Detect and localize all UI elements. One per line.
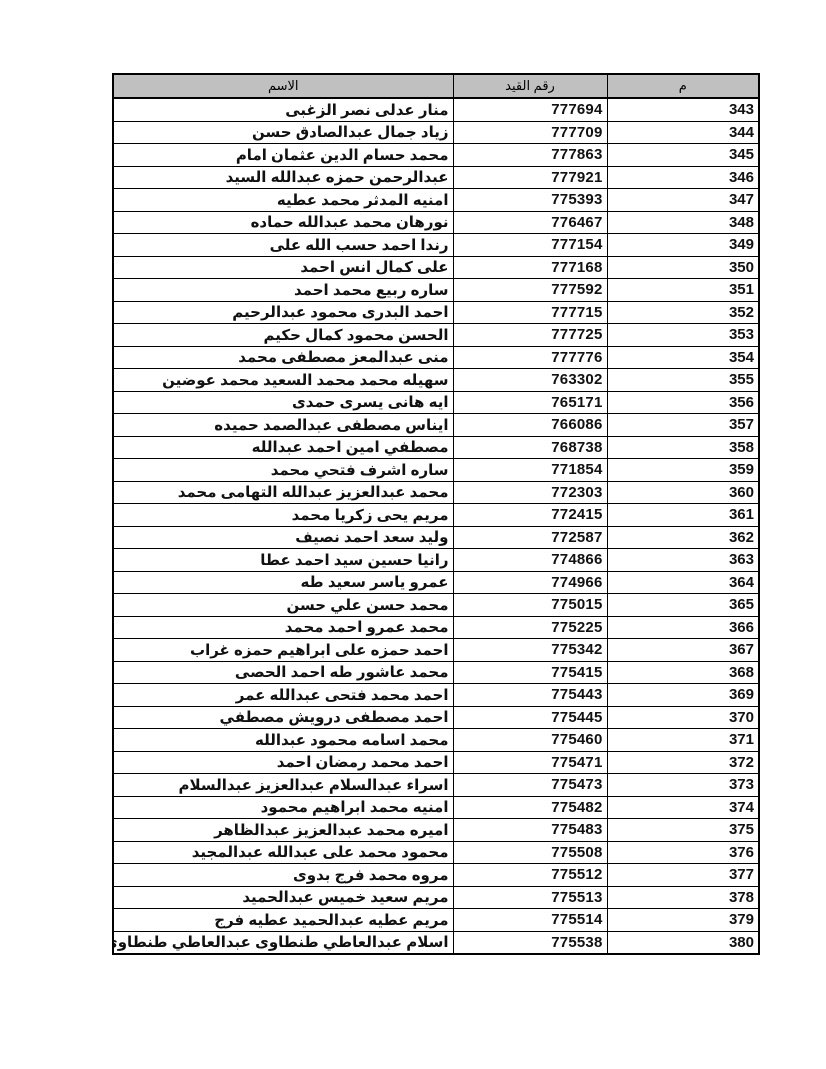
cell-registration-number: 772587: [453, 526, 607, 549]
table-row: احمد البدرى محمود عبدالرحيم777715352: [113, 301, 759, 324]
header-registration-number: رقم القيد: [453, 74, 607, 98]
table-row: عمرو ياسر سعيد طه774966364: [113, 571, 759, 594]
table-row: رندا احمد حسب الله على777154349: [113, 234, 759, 257]
cell-name: مصطفي امين احمد عبدالله: [113, 436, 453, 459]
cell-registration-number: 775508: [453, 841, 607, 864]
cell-index: 366: [607, 616, 759, 639]
cell-name: ايه هانى يسرى حمدى: [113, 391, 453, 414]
cell-registration-number: 775514: [453, 909, 607, 932]
table-row: محمد عمرو احمد محمد775225366: [113, 616, 759, 639]
table-row: وليد سعد احمد نصيف772587362: [113, 526, 759, 549]
cell-registration-number: 775342: [453, 639, 607, 662]
cell-index: 352: [607, 301, 759, 324]
cell-name: عمرو ياسر سعيد طه: [113, 571, 453, 594]
table-row: مروه محمد فرج بدوى775512377: [113, 864, 759, 887]
table-row: محمد حسن علي حسن775015365: [113, 594, 759, 617]
cell-name: نورهان محمد عبدالله حماده: [113, 211, 453, 234]
cell-index: 347: [607, 189, 759, 212]
cell-name: وليد سعد احمد نصيف: [113, 526, 453, 549]
roster-sheet: الاسم رقم القيد م منار عدلى نصر الزغبى77…: [112, 73, 758, 955]
cell-name: محمد عمرو احمد محمد: [113, 616, 453, 639]
table-header: الاسم رقم القيد م: [113, 74, 759, 98]
table-row: نورهان محمد عبدالله حماده776467348: [113, 211, 759, 234]
cell-index: 372: [607, 751, 759, 774]
cell-registration-number: 763302: [453, 369, 607, 392]
cell-registration-number: 777863: [453, 144, 607, 167]
cell-name: محمد عاشور طه احمد الحصى: [113, 661, 453, 684]
table-row: امنيه محمد ابراهيم محمود775482374: [113, 796, 759, 819]
table-row: زياد جمال عبدالصادق حسن777709344: [113, 121, 759, 144]
table-row: مصطفي امين احمد عبدالله768738358: [113, 436, 759, 459]
cell-registration-number: 774866: [453, 549, 607, 572]
cell-name: مروه محمد فرج بدوى: [113, 864, 453, 887]
cell-name: سهيله محمد محمد السعيد محمد عوضين: [113, 369, 453, 392]
table-row: محمد حسام الدين عثمان امام777863345: [113, 144, 759, 167]
cell-registration-number: 775473: [453, 774, 607, 797]
cell-registration-number: 777694: [453, 98, 607, 121]
cell-registration-number: 777709: [453, 121, 607, 144]
table-row: سهيله محمد محمد السعيد محمد عوضين7633023…: [113, 369, 759, 392]
cell-name: منار عدلى نصر الزغبى: [113, 98, 453, 121]
cell-index: 379: [607, 909, 759, 932]
cell-index: 348: [607, 211, 759, 234]
cell-registration-number: 775445: [453, 706, 607, 729]
cell-registration-number: 775015: [453, 594, 607, 617]
table-row: احمد محمد فتحى عبدالله عمر775443369: [113, 684, 759, 707]
cell-registration-number: 775512: [453, 864, 607, 887]
cell-index: 360: [607, 481, 759, 504]
cell-registration-number: 777921: [453, 166, 607, 189]
cell-index: 343: [607, 98, 759, 121]
cell-registration-number: 777776: [453, 346, 607, 369]
cell-index: 367: [607, 639, 759, 662]
cell-registration-number: 774966: [453, 571, 607, 594]
table-row: احمد محمد رمضان احمد775471372: [113, 751, 759, 774]
cell-index: 351: [607, 279, 759, 302]
cell-name: على كمال انس احمد: [113, 256, 453, 279]
table-row: ساره ربيع محمد احمد777592351: [113, 279, 759, 302]
cell-registration-number: 777154: [453, 234, 607, 257]
cell-registration-number: 771854: [453, 459, 607, 482]
cell-index: 370: [607, 706, 759, 729]
table-row: على كمال انس احمد777168350: [113, 256, 759, 279]
cell-name: امنيه المدثر محمد عطيه: [113, 189, 453, 212]
cell-name: مريم عطيه عبدالحميد عطيه فرج: [113, 909, 453, 932]
cell-index: 373: [607, 774, 759, 797]
cell-index: 369: [607, 684, 759, 707]
cell-name: امنيه محمد ابراهيم محمود: [113, 796, 453, 819]
cell-name: اسلام عبدالعاطي طنطاوى عبدالعاطي طنطاوى: [113, 931, 453, 954]
table-row: محمد اسامه محمود عبدالله775460371: [113, 729, 759, 752]
cell-index: 362: [607, 526, 759, 549]
table-row: اسلام عبدالعاطي طنطاوى عبدالعاطي طنطاوى7…: [113, 931, 759, 954]
table-row: اسراء عبدالسلام عبدالعزيز عبدالسلام77547…: [113, 774, 759, 797]
cell-registration-number: 766086: [453, 414, 607, 437]
cell-name: احمد البدرى محمود عبدالرحيم: [113, 301, 453, 324]
cell-index: 364: [607, 571, 759, 594]
cell-index: 359: [607, 459, 759, 482]
table-row: احمد مصطفى درويش مصطفي775445370: [113, 706, 759, 729]
cell-index: 363: [607, 549, 759, 572]
table-row: مريم عطيه عبدالحميد عطيه فرج775514379: [113, 909, 759, 932]
cell-name: احمد محمد رمضان احمد: [113, 751, 453, 774]
cell-index: 374: [607, 796, 759, 819]
cell-index: 353: [607, 324, 759, 347]
cell-registration-number: 775393: [453, 189, 607, 212]
cell-name: اسراء عبدالسلام عبدالعزيز عبدالسلام: [113, 774, 453, 797]
table-row: ايناس مصطفى عبدالصمد حميده766086357: [113, 414, 759, 437]
table-row: مريم سعيد خميس عبدالحميد775513378: [113, 886, 759, 909]
cell-name: الحسن محمود كمال حكيم: [113, 324, 453, 347]
cell-registration-number: 765171: [453, 391, 607, 414]
header-index: م: [607, 74, 759, 98]
table-row: اميره محمد عبدالعزيز عبدالظاهر775483375: [113, 819, 759, 842]
cell-registration-number: 775483: [453, 819, 607, 842]
table-row: رانيا حسين سيد احمد عطا774866363: [113, 549, 759, 572]
table-row: مريم يحى زكريا محمد772415361: [113, 504, 759, 527]
table-row: الحسن محمود كمال حكيم777725353: [113, 324, 759, 347]
cell-name: زياد جمال عبدالصادق حسن: [113, 121, 453, 144]
cell-registration-number: 777715: [453, 301, 607, 324]
student-roster-table: الاسم رقم القيد م منار عدلى نصر الزغبى77…: [112, 73, 760, 955]
cell-name: محمد حسام الدين عثمان امام: [113, 144, 453, 167]
cell-name: رانيا حسين سيد احمد عطا: [113, 549, 453, 572]
cell-index: 368: [607, 661, 759, 684]
table-body: منار عدلى نصر الزغبى777694343زياد جمال ع…: [113, 98, 759, 954]
cell-registration-number: 777725: [453, 324, 607, 347]
table-row: محمد عاشور طه احمد الحصى775415368: [113, 661, 759, 684]
cell-index: 378: [607, 886, 759, 909]
cell-registration-number: 775482: [453, 796, 607, 819]
table-row: ساره اشرف فتحي محمد771854359: [113, 459, 759, 482]
table-row: ايه هانى يسرى حمدى765171356: [113, 391, 759, 414]
cell-name: عبدالرحمن حمزه عبدالله السيد: [113, 166, 453, 189]
cell-registration-number: 772303: [453, 481, 607, 504]
cell-registration-number: 777592: [453, 279, 607, 302]
cell-index: 349: [607, 234, 759, 257]
cell-index: 355: [607, 369, 759, 392]
table-row: محمد عبدالعزيز عبدالله التهامى محمد77230…: [113, 481, 759, 504]
cell-registration-number: 775415: [453, 661, 607, 684]
cell-index: 365: [607, 594, 759, 617]
cell-name: ايناس مصطفى عبدالصمد حميده: [113, 414, 453, 437]
cell-index: 361: [607, 504, 759, 527]
cell-name: محمود محمد على عبدالله عبدالمجيد: [113, 841, 453, 864]
cell-name: رندا احمد حسب الله على: [113, 234, 453, 257]
cell-index: 375: [607, 819, 759, 842]
cell-index: 350: [607, 256, 759, 279]
cell-registration-number: 775443: [453, 684, 607, 707]
header-name: الاسم: [113, 74, 453, 98]
cell-name: احمد محمد فتحى عبدالله عمر: [113, 684, 453, 707]
cell-registration-number: 768738: [453, 436, 607, 459]
cell-registration-number: 775513: [453, 886, 607, 909]
cell-index: 376: [607, 841, 759, 864]
cell-name: محمد اسامه محمود عبدالله: [113, 729, 453, 752]
cell-index: 345: [607, 144, 759, 167]
cell-name: احمد مصطفى درويش مصطفي: [113, 706, 453, 729]
cell-name: مريم يحى زكريا محمد: [113, 504, 453, 527]
table-row: محمود محمد على عبدالله عبدالمجيد77550837…: [113, 841, 759, 864]
cell-index: 344: [607, 121, 759, 144]
cell-name: اميره محمد عبدالعزيز عبدالظاهر: [113, 819, 453, 842]
table-row: احمد حمزه على ابراهيم حمزه غراب775342367: [113, 639, 759, 662]
cell-registration-number: 772415: [453, 504, 607, 527]
table-row: عبدالرحمن حمزه عبدالله السيد777921346: [113, 166, 759, 189]
cell-name: محمد عبدالعزيز عبدالله التهامى محمد: [113, 481, 453, 504]
table-row: امنيه المدثر محمد عطيه775393347: [113, 189, 759, 212]
cell-index: 357: [607, 414, 759, 437]
cell-registration-number: 775225: [453, 616, 607, 639]
cell-registration-number: 777168: [453, 256, 607, 279]
cell-registration-number: 775471: [453, 751, 607, 774]
cell-registration-number: 776467: [453, 211, 607, 234]
cell-index: 346: [607, 166, 759, 189]
cell-registration-number: 775460: [453, 729, 607, 752]
cell-index: 354: [607, 346, 759, 369]
cell-name: احمد حمزه على ابراهيم حمزه غراب: [113, 639, 453, 662]
cell-registration-number: 775538: [453, 931, 607, 954]
cell-index: 380: [607, 931, 759, 954]
table-row: منى عبدالمعز مصطفى محمد777776354: [113, 346, 759, 369]
cell-index: 358: [607, 436, 759, 459]
cell-name: ساره اشرف فتحي محمد: [113, 459, 453, 482]
cell-index: 356: [607, 391, 759, 414]
cell-index: 377: [607, 864, 759, 887]
cell-name: منى عبدالمعز مصطفى محمد: [113, 346, 453, 369]
header-row: الاسم رقم القيد م: [113, 74, 759, 98]
cell-name: ساره ربيع محمد احمد: [113, 279, 453, 302]
table-row: منار عدلى نصر الزغبى777694343: [113, 98, 759, 121]
cell-name: محمد حسن علي حسن: [113, 594, 453, 617]
cell-index: 371: [607, 729, 759, 752]
cell-name: مريم سعيد خميس عبدالحميد: [113, 886, 453, 909]
